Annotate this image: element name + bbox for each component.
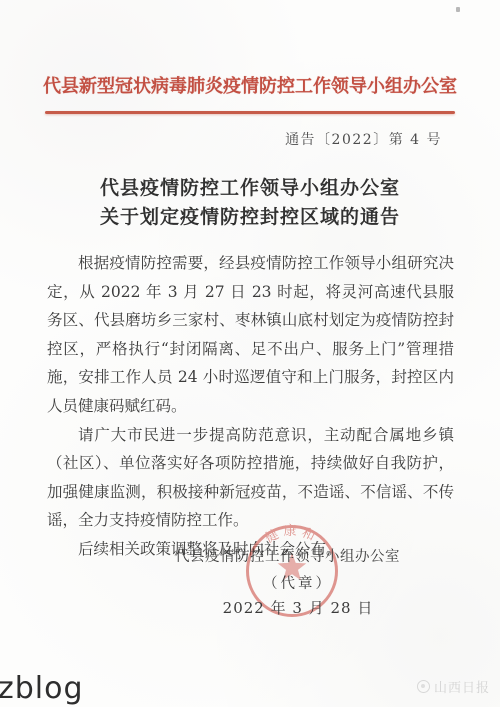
seal-arc-text: 健康和 [263, 523, 321, 546]
notice-title-line2: 关于划定疫情防控封控区域的通告 [0, 203, 500, 232]
notice-title-line1: 代县疫情防控工作领导小组办公室 [0, 174, 500, 203]
newspaper-logo-icon [417, 680, 430, 693]
scan-speck [456, 7, 460, 12]
signature-date: 2022 年 3 月 28 日 [218, 597, 378, 618]
watermark-shanxi-daily-label: 山西日报 [434, 677, 490, 696]
header-org-title: 代县新型冠状病毒肺炎疫情防控工作领导小组办公室 [0, 72, 500, 98]
body-paragraph-2: 请广大市民进一步提高防范意识，主动配合属地乡镇（社区）、单位落实好各项防控措施，… [47, 421, 454, 535]
body-paragraph-1: 根据疫情防控需要，经县疫情防控工作领导小组研究决定，从 2022 年 3 月 2… [47, 249, 454, 421]
notice-body: 根据疫情防控需要，经县疫情防控工作领导小组研究决定，从 2022 年 3 月 2… [47, 249, 454, 564]
scanned-notice-page: 代县新型冠状病毒肺炎疫情防控工作领导小组办公室 通告〔2022〕第 4 号 代县… [0, 0, 500, 707]
header-divider-rule [45, 111, 455, 114]
signature-seal-note: （代章） [238, 572, 358, 593]
signature-org: 代县疫情防控工作领导小组办公室 [0, 545, 400, 566]
watermark-zblog: zblog [0, 671, 84, 706]
doc-number: 通告〔2022〕第 4 号 [285, 129, 442, 149]
notice-title: 代县疫情防控工作领导小组办公室 关于划定疫情防控封控区域的通告 [0, 174, 500, 232]
watermark-shanxi-daily: 山西日报 [417, 677, 490, 696]
